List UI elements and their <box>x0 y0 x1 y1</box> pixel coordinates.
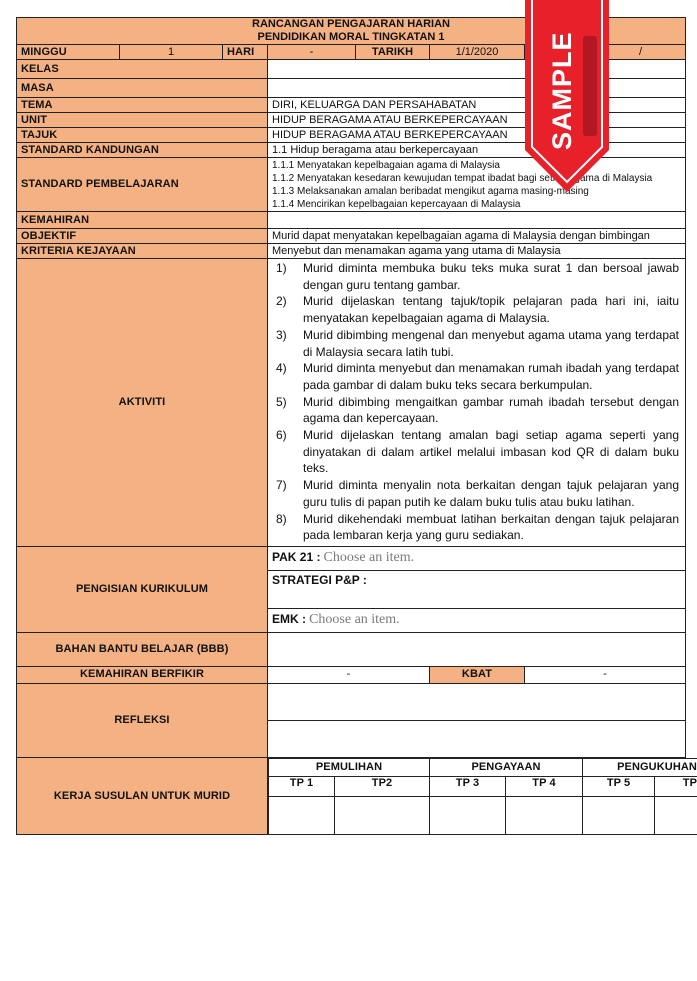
group-pengayaan: PENGAYAAN <box>430 758 583 776</box>
aktiviti-number: 2) <box>276 293 303 326</box>
pak21-dropdown[interactable]: Choose an item. <box>324 550 415 565</box>
hari-value[interactable]: - <box>268 45 356 60</box>
aktiviti-number: 3) <box>276 327 303 360</box>
bbb-value[interactable] <box>268 632 686 666</box>
kriteria-value[interactable]: Menyebut dan menamakan agama yang utama … <box>268 244 686 259</box>
extra-value[interactable]: / <box>596 45 686 60</box>
tp-5-field[interactable] <box>583 796 655 834</box>
aktiviti-text: Murid dijelaskan tentang tajuk/topik pel… <box>303 293 679 326</box>
aktiviti-number: 1) <box>276 260 303 293</box>
aktiviti-item: 6)Murid dijelaskan tentang amalan bagi s… <box>276 427 679 477</box>
emk-field[interactable]: EMK : Choose an item. <box>268 608 686 632</box>
tp-3-field[interactable] <box>430 796 506 834</box>
kemahiran-label: KEMAHIRAN <box>17 212 268 229</box>
objektif-row: OBJEKTIF Murid dapat menyatakan kepelbag… <box>17 229 686 244</box>
tp-4-field[interactable] <box>506 796 583 834</box>
aktiviti-item: 1)Murid diminta membuka buku teks muka s… <box>276 260 679 293</box>
aktiviti-text: Murid diminta menyalin nota berkaitan de… <box>303 477 679 510</box>
tp-2-field[interactable] <box>335 796 430 834</box>
sp-item: 1.1.2 Menyatakan kesedaran kewujudan tem… <box>272 172 681 185</box>
aktiviti-text: Murid dibimbing mengenal dan menyebut ag… <box>303 327 679 360</box>
kerja-susulan-grid: PEMULIHAN PENGAYAAN PENGUKUHAN TP 1 TP2 … <box>268 757 686 835</box>
tp-6-field[interactable] <box>655 796 697 834</box>
kerja-susulan-row: KERJA SUSULAN UNTUK MURID PEMULIHAN PENG… <box>17 757 686 835</box>
minggu-value[interactable]: 1 <box>120 45 223 60</box>
group-pengukuhan: PENGUKUHAN <box>583 758 697 776</box>
strategi-field[interactable]: STRATEGI P&P : <box>268 570 686 608</box>
berfikir-row: KEMAHIRAN BERFIKIR - KBAT - <box>17 666 686 683</box>
berfikir-label: KEMAHIRAN BERFIKIR <box>17 666 268 683</box>
ribbon-tag <box>583 36 597 136</box>
aktiviti-text: Murid dibimbing mengaitkan gambar rumah … <box>303 394 679 427</box>
minggu-label: MINGGU <box>17 45 120 60</box>
refleksi-label: REFLEKSI <box>17 683 268 757</box>
unit-label: UNIT <box>17 113 268 128</box>
aktiviti-text: Murid diminta membuka buku teks muka sur… <box>303 260 679 293</box>
objektif-label: OBJEKTIF <box>17 229 268 244</box>
unit-value[interactable]: HIDUP BERAGAMA ATAU BERKEPERCAYAAN <box>268 113 686 128</box>
hari-label: HARI <box>223 45 268 60</box>
tajuk-value[interactable]: HIDUP BERAGAMA ATAU BERKEPERCAYAAN <box>268 128 686 143</box>
kemahiran-value[interactable] <box>268 212 686 229</box>
tp-5-label: TP 5 <box>583 776 655 796</box>
tp-6-label: TP6 <box>655 776 697 796</box>
kerja-susulan-label: KERJA SUSULAN UNTUK MURID <box>17 757 268 835</box>
kbat-value[interactable]: - <box>525 666 686 683</box>
bbb-label: BAHAN BANTU BELAJAR (BBB) <box>17 632 268 666</box>
aktiviti-number: 7) <box>276 477 303 510</box>
group-header-row: PEMULIHAN PENGAYAAN PENGUKUHAN <box>269 758 697 776</box>
aktiviti-item: 5)Murid dibimbing mengaitkan gambar ruma… <box>276 394 679 427</box>
berfikir-value[interactable]: - <box>268 666 430 683</box>
aktiviti-item: 2)Murid dijelaskan tentang tajuk/topik p… <box>276 293 679 326</box>
aktiviti-row: AKTIVITI 1)Murid diminta membuka buku te… <box>17 259 686 547</box>
tp-header-row: TP 1 TP2 TP 3 TP 4 TP 5 TP6 <box>269 776 697 796</box>
tarikh-value[interactable]: 1/1/2020 <box>430 45 525 60</box>
aktiviti-item: 7)Murid diminta menyalin nota berkaitan … <box>276 477 679 510</box>
kelas-label: KELAS <box>17 60 268 79</box>
tp-2-label: TP2 <box>335 776 430 796</box>
tp-1-field[interactable] <box>269 796 335 834</box>
pak21-label: PAK 21 : <box>272 550 320 564</box>
strategi-label: STRATEGI P&P : <box>272 573 367 587</box>
pak21-row: PENGISIAN KURIKULUM PAK 21 : Choose an i… <box>17 546 686 570</box>
standard-pembelajaran-label: STANDARD PEMBELAJARAN <box>17 158 268 212</box>
refleksi-row-1: REFLEKSI <box>17 683 686 720</box>
masa-label: MASA <box>17 79 268 98</box>
tp-input-row <box>269 796 697 834</box>
aktiviti-text: Murid diminta menyebut dan menamakan rum… <box>303 360 679 393</box>
kemahiran-row: KEMAHIRAN <box>17 212 686 229</box>
aktiviti-text: Murid dikehendaki membuat latihan berkai… <box>303 511 679 544</box>
standard-kandungan-label: STANDARD KANDUNGAN <box>17 143 268 158</box>
aktiviti-list[interactable]: 1)Murid diminta membuka buku teks muka s… <box>268 259 686 547</box>
tarikh-label: TARIKH <box>356 45 430 60</box>
group-pemulihan: PEMULIHAN <box>269 758 430 776</box>
kelas-value[interactable] <box>268 60 686 79</box>
tp-4-label: TP 4 <box>506 776 583 796</box>
pak21-field[interactable]: PAK 21 : Choose an item. <box>268 546 686 570</box>
aktiviti-number: 8) <box>276 511 303 544</box>
aktiviti-items: 1)Murid diminta membuka buku teks muka s… <box>276 260 679 544</box>
sample-watermark-text: SAMPLE <box>547 31 578 150</box>
sp-item: 1.1.3 Melaksanakan amalan beribadat meng… <box>272 185 681 198</box>
standard-pembelajaran-value[interactable]: 1.1.1 Menyatakan kepelbagaian agama di M… <box>268 158 686 212</box>
aktiviti-item: 3)Murid dibimbing mengenal dan menyebut … <box>276 327 679 360</box>
masa-value[interactable] <box>268 79 686 98</box>
kriteria-label: KRITERIA KEJAYAAN <box>17 244 268 259</box>
tema-value[interactable]: DIRI, KELUARGA DAN PERSAHABATAN <box>268 98 686 113</box>
aktiviti-item: 8)Murid dikehendaki membuat latihan berk… <box>276 511 679 544</box>
pengisian-label: PENGISIAN KURIKULUM <box>17 546 268 632</box>
aktiviti-number: 5) <box>276 394 303 427</box>
aktiviti-number: 6) <box>276 427 303 477</box>
tp-table: PEMULIHAN PENGAYAAN PENGUKUHAN TP 1 TP2 … <box>268 758 697 835</box>
emk-label: EMK : <box>272 612 306 626</box>
refleksi-field-2[interactable] <box>268 720 686 757</box>
standard-kandungan-value[interactable]: 1.1 Hidup beragama atau berkepercayaan <box>268 143 686 158</box>
kbat-label: KBAT <box>430 666 525 683</box>
sp-item: 1.1.4 Mencirikan kepelbagaian kepercayaa… <box>272 198 681 211</box>
tema-label: TEMA <box>17 98 268 113</box>
refleksi-field-1[interactable] <box>268 683 686 720</box>
tp-3-label: TP 3 <box>430 776 506 796</box>
aktiviti-label: AKTIVITI <box>17 259 268 547</box>
bbb-row: BAHAN BANTU BELAJAR (BBB) <box>17 632 686 666</box>
emk-dropdown[interactable]: Choose an item. <box>309 612 400 627</box>
aktiviti-number: 4) <box>276 360 303 393</box>
aktiviti-text: Murid dijelaskan tentang amalan bagi set… <box>303 427 679 477</box>
kriteria-row: KRITERIA KEJAYAAN Menyebut dan menamakan… <box>17 244 686 259</box>
sp-item: 1.1.1 Menyatakan kepelbagaian agama di M… <box>272 159 681 172</box>
tajuk-label: TAJUK <box>17 128 268 143</box>
tp-1-label: TP 1 <box>269 776 335 796</box>
aktiviti-item: 4)Murid diminta menyebut dan menamakan r… <box>276 360 679 393</box>
objektif-value[interactable]: Murid dapat menyatakan kepelbagaian agam… <box>268 229 686 244</box>
